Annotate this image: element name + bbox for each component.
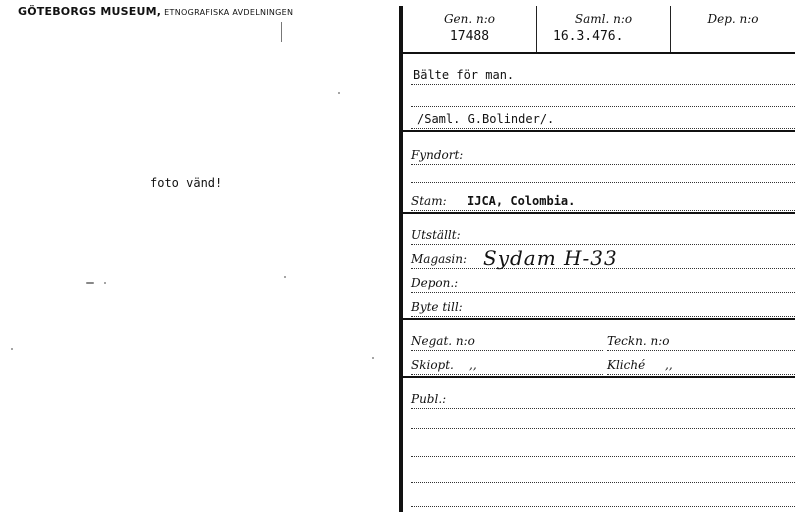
utstallt-field: Utställt:: [411, 222, 795, 245]
publ-continuation-line: [411, 506, 795, 507]
publ-continuation-line: [411, 428, 795, 429]
section-divider: [403, 318, 795, 320]
section-divider: [403, 212, 795, 214]
negat-label: Negat. n:o: [411, 334, 475, 348]
publ-field: Publ.:: [411, 386, 795, 409]
catalog-card: Gen. n:o 17488 Saml. n:o 16.3.476. Dep. …: [399, 6, 795, 512]
gen-number-label: Gen. n:o: [403, 12, 536, 26]
saml-number-cell: Saml. n:o 16.3.476.: [537, 6, 671, 52]
card-header: Gen. n:o 17488 Saml. n:o 16.3.476. Dep. …: [403, 6, 795, 54]
scan-speck: [11, 348, 13, 350]
scan-speck: [86, 282, 94, 284]
skiopt-label: Skiopt.: [411, 358, 454, 372]
department-name: ETNOGRAFISKA AVDELNINGEN: [164, 8, 293, 17]
stam-field: Stam: IJCA, Colombia.: [411, 188, 795, 211]
section-divider: [403, 130, 795, 132]
description-line-3: /Saml. G.Bolinder/.: [411, 106, 795, 129]
stam-value: IJCA, Colombia.: [467, 194, 575, 208]
teckn-field: Teckn. n:o: [607, 328, 795, 351]
teckn-label: Teckn. n:o: [607, 334, 670, 348]
byte-till-field: Byte till:: [411, 294, 795, 317]
scan-speck: [372, 357, 374, 359]
skiopt-field: Skiopt. ,,: [411, 352, 603, 375]
kliche-ditto-mark: ,,: [665, 358, 673, 372]
fyndort-field: Fyndort:: [411, 142, 795, 165]
gen-number-value: 17488: [403, 29, 536, 44]
institution-header: GÖTEBORGS MUSEUM,ETNOGRAFISKA AVDELNINGE…: [18, 5, 293, 18]
scan-speck: [104, 282, 106, 284]
section-divider: [403, 376, 795, 378]
skiopt-ditto-mark: ,,: [469, 358, 477, 372]
gen-number-cell: Gen. n:o 17488: [403, 6, 537, 52]
saml-number-label: Saml. n:o: [537, 12, 670, 26]
publ-continuation-line: [411, 456, 795, 457]
publ-label: Publ.:: [411, 392, 446, 406]
saml-number-value: 16.3.476.: [537, 29, 670, 44]
kliche-field: Kliché ,,: [607, 352, 795, 375]
dep-number-cell: Dep. n:o: [671, 6, 795, 52]
kliche-label: Kliché: [607, 358, 645, 372]
institution-name: GÖTEBORGS MUSEUM,: [18, 5, 161, 18]
fyndort-continuation-line: [411, 182, 795, 183]
scan-speck: [338, 92, 340, 94]
utstallt-label: Utställt:: [411, 228, 461, 242]
pencil-mark: [281, 22, 282, 42]
fyndort-label: Fyndort:: [411, 148, 463, 162]
negat-field: Negat. n:o: [411, 328, 603, 351]
dep-number-label: Dep. n:o: [671, 12, 795, 26]
photo-note: foto vänd!: [150, 176, 222, 190]
magasin-value-handwritten: Sydam H-33: [483, 246, 618, 270]
stam-label: Stam:: [411, 194, 447, 208]
magasin-field: Magasin: Sydam H-33: [411, 246, 795, 269]
magasin-label: Magasin:: [411, 252, 467, 266]
description-line-1: Bälte för man.: [411, 62, 795, 85]
depon-field: Depon.:: [411, 270, 795, 293]
depon-label: Depon.:: [411, 276, 458, 290]
scan-speck: [284, 276, 286, 278]
description-line-2: [411, 84, 795, 107]
byte-till-label: Byte till:: [411, 300, 463, 314]
publ-continuation-line: [411, 482, 795, 483]
